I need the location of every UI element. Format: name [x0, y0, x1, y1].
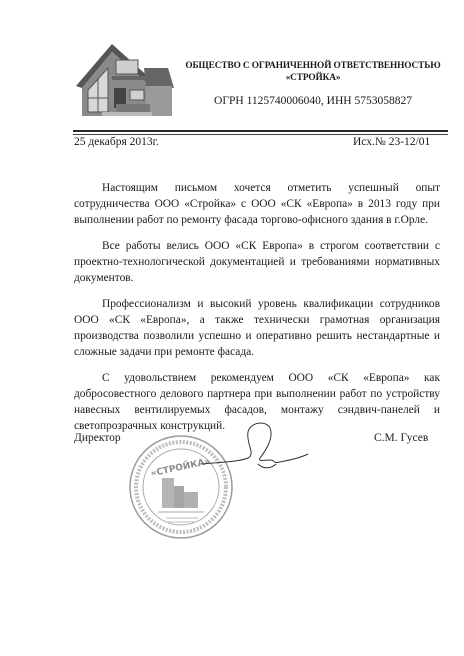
- header-divider-thick: [73, 130, 448, 132]
- reference-number: Исх.№ 23-12/01: [353, 135, 430, 149]
- registration-numbers: ОГРН 1125740006040, ИНН 5753058827: [178, 94, 448, 108]
- org-name-line2: «СТРОЙКА»: [178, 72, 448, 84]
- paragraph: Все работы велись ООО «СК Европа» в стро…: [74, 238, 440, 286]
- paragraph: Настоящим письмом хочется отметить успеш…: [74, 180, 440, 228]
- letter-date: 25 декабря 2013г.: [74, 135, 159, 149]
- organization-name: ОБЩЕСТВО С ОГРАНИЧЕННОЙ ОТВЕТСТВЕННОСТЬЮ…: [178, 60, 448, 84]
- paragraph: Профессионализм и высокий уровень квалиф…: [74, 296, 440, 360]
- org-name-line1: ОБЩЕСТВО С ОГРАНИЧЕННОЙ ОТВЕТСТВЕННОСТЬЮ: [178, 60, 448, 72]
- handwritten-signature-icon: [200, 418, 310, 476]
- signer-title: Директор: [74, 432, 121, 444]
- signer-name: С.М. Гусев: [374, 432, 428, 444]
- letter-body: Настоящим письмом хочется отметить успеш…: [74, 180, 440, 444]
- letter-page: ОБЩЕСТВО С ОГРАНИЧЕННОЙ ОТВЕТСТВЕННОСТЬЮ…: [0, 0, 464, 656]
- house-logo-icon: [72, 38, 178, 118]
